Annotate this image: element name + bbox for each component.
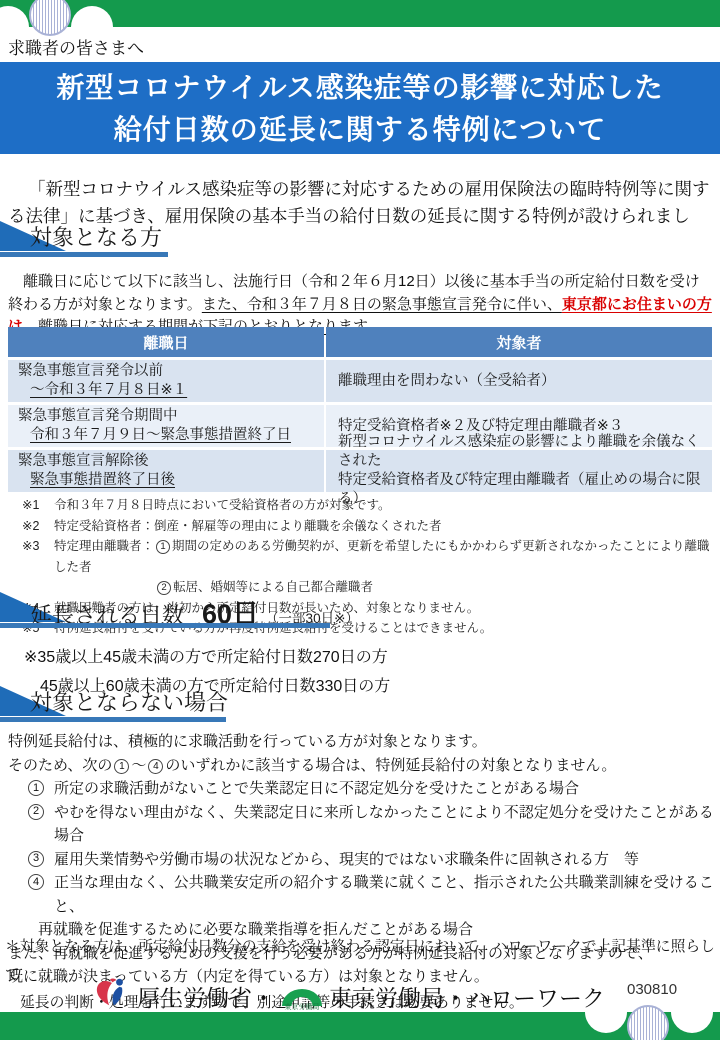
table-row: 緊急事態宣言発令以前 ～令和３年７月８日※１ (8, 360, 324, 402)
extension-note1: ※35歳以上45歳未満の方で所定給付日数270日の方 (24, 643, 390, 672)
tokyo-logo-text: 東京労働局 (285, 1002, 320, 1011)
table-header-target: 対象者 (326, 327, 712, 357)
excluded-item-3: 3雇用失業情勢や労働市場の状況などから、現実的ではない求職条件に固執される方 等 (28, 848, 714, 872)
circled-number-icon: 2 (28, 804, 44, 820)
excluded-item-text: 所定の求職活動がないことで失業認定日に不認定処分を受けたことがある場合 (54, 777, 579, 801)
table-row: 緊急事態宣言解除後 緊急事態措置終了日後 (8, 450, 324, 492)
row3-left-line2: 緊急事態措置終了日後 (30, 471, 320, 490)
table-header-leave-date: 離職日 (8, 327, 324, 357)
table-row: 離職理由を問わない（全受給者） (326, 360, 712, 402)
document-code: 030810 (627, 981, 677, 998)
intro-line1: 「新型コロナウイルス感染症等の影響に対応するための雇用保険法の臨時特例等に関す (8, 176, 714, 203)
note-2: ※2特定受給資格者：倒産・解雇等の理由により離職を余儀なくされた者 (22, 516, 714, 537)
circled-number-icon: 1 (156, 540, 170, 554)
row3-right-line1: 新型コロナウイルス感染症の影響により離職を余儀なくされた (338, 433, 712, 471)
excluded-item-2: 2やむを得ない理由がなく、失業認定日に来所しなかったことにより不認定処分を受けた… (28, 801, 714, 848)
circled-number-icon: 4 (148, 759, 163, 774)
top-green-band (0, 0, 720, 27)
circled-number-icon: 3 (28, 851, 44, 867)
note-label: ※1 (22, 495, 54, 516)
circled-number-icon: 1 (28, 780, 44, 796)
excluded-item-text: 正当な理由なく、公共職業安定所の紹介する職業に就くこと、指示された公共職業訓練を… (54, 871, 714, 918)
eligibility-table: 離職日 対象者 緊急事態宣言発令以前 ～令和３年７月８日※１ 離職理由を問わない… (8, 327, 712, 492)
excluded-item-1: 1所定の求職活動がないことで失業認定日に不認定処分を受けたことがある場合 (28, 777, 714, 801)
note-1: ※1令和３年７月８日時点において受給資格者の方が対象です。 (22, 495, 714, 516)
title-banner: 新型コロナウイルス感染症等の影響に対応した 給付日数の延長に関する特例について (0, 62, 720, 154)
row1-left-line2: ～令和３年７月８日※１ (30, 381, 320, 400)
section-underline (0, 623, 330, 628)
table-row: 緊急事態宣言発令期間中 令和３年７月９日～緊急事態措置終了日 (8, 405, 324, 447)
flyer-page: 求職者の皆さまへ 新型コロナウイルス感染症等の影響に対応した 給付日数の延長に関… (0, 0, 720, 1040)
excluded-p2-text: そのため、次の (8, 757, 112, 774)
bureau-label: 東京労働局・ハローワーク (329, 980, 605, 1013)
note3-prefix: 特定理由離職者： (54, 539, 154, 553)
note-text: 特定受給資格者：倒産・解雇等の理由により離職を余儀なくされた者 (54, 516, 442, 537)
row1-right: 離職理由を問わない（全受給者） (338, 372, 712, 391)
mhlw-label: 厚生労働省・ (137, 980, 275, 1013)
striped-ball-decoration (627, 1005, 669, 1040)
row3-left-line1: 緊急事態宣言解除後 (18, 452, 320, 471)
section-eligible-title: 対象となる方 (30, 221, 162, 252)
excluded-p2: そのため、次の1～4のいずれかに該当する場合は、特例延長給付の対象となりません。 (8, 754, 714, 778)
excluded-item-text: やむを得ない理由がなく、失業認定日に来所しなかったことにより不認定処分を受けたこ… (54, 801, 714, 848)
section-underline (0, 717, 226, 722)
row1-left-line1: 緊急事態宣言発令以前 (18, 362, 320, 381)
note-3: ※3特定理由離職者：1期間の定めのある労働契約が、更新を希望したにもかかわらず更… (22, 536, 714, 577)
scallop-notch (71, 6, 113, 27)
row2-left-line1: 緊急事態宣言発令期間中 (18, 407, 320, 426)
section-excluded-title: 対象とならない場合 (30, 686, 228, 717)
excluded-item-text: 雇用失業情勢や労働市場の状況などから、現実的ではない求職条件に固執される方 等 (54, 848, 639, 872)
section-underline (0, 252, 168, 257)
footer: 厚生労働省・ 東京労働局 東京労働局・ハローワーク (95, 976, 605, 1017)
note-text: 特定理由離職者：1期間の定めのある労働契約が、更新を希望したにもかかわらず更新さ… (54, 536, 714, 577)
circled-number-icon: 4 (28, 874, 44, 890)
audience-label: 求職者の皆さまへ (8, 34, 144, 59)
note-text: 令和３年７月８日時点において受給資格者の方が対象です。 (54, 495, 391, 516)
scallop-notch (585, 1012, 627, 1033)
scallop-notch (0, 6, 29, 27)
excluded-p2-text2: のいずれかに該当する場合は、特例延長給付の対象となりません。 (165, 757, 616, 774)
bottom-green-band (0, 1012, 720, 1040)
excluded-p1: 特例延長給付は、積極的に求職活動を行っている方が対象となります。 (8, 730, 714, 754)
circled-number-icon: 1 (114, 759, 129, 774)
row2-left-line2: 令和３年７月９日～緊急事態措置終了日 (30, 426, 320, 445)
note-label: ※3 (22, 536, 54, 577)
striped-ball-decoration (29, 0, 71, 36)
title-line2: 給付日数の延長に関する特例について (0, 109, 720, 151)
title-line1: 新型コロナウイルス感染症等の影響に対応した (0, 67, 720, 109)
note-label: ※2 (22, 516, 54, 537)
eligible-underlined-text: また、令和３年７月８日の緊急事態宣言発令に伴い、 (202, 296, 562, 313)
excluded-item-4: 4正当な理由なく、公共職業安定所の紹介する職業に就くこと、指示された公共職業訓練… (28, 871, 714, 918)
table-row: 新型コロナウイルス感染症の影響により離職を余儀なくされた 特定受給資格者及び特定… (326, 450, 712, 492)
scallop-notch (671, 1012, 713, 1033)
mhlw-logo-icon (95, 977, 131, 1016)
excluded-p2-tilde: ～ (131, 757, 146, 774)
